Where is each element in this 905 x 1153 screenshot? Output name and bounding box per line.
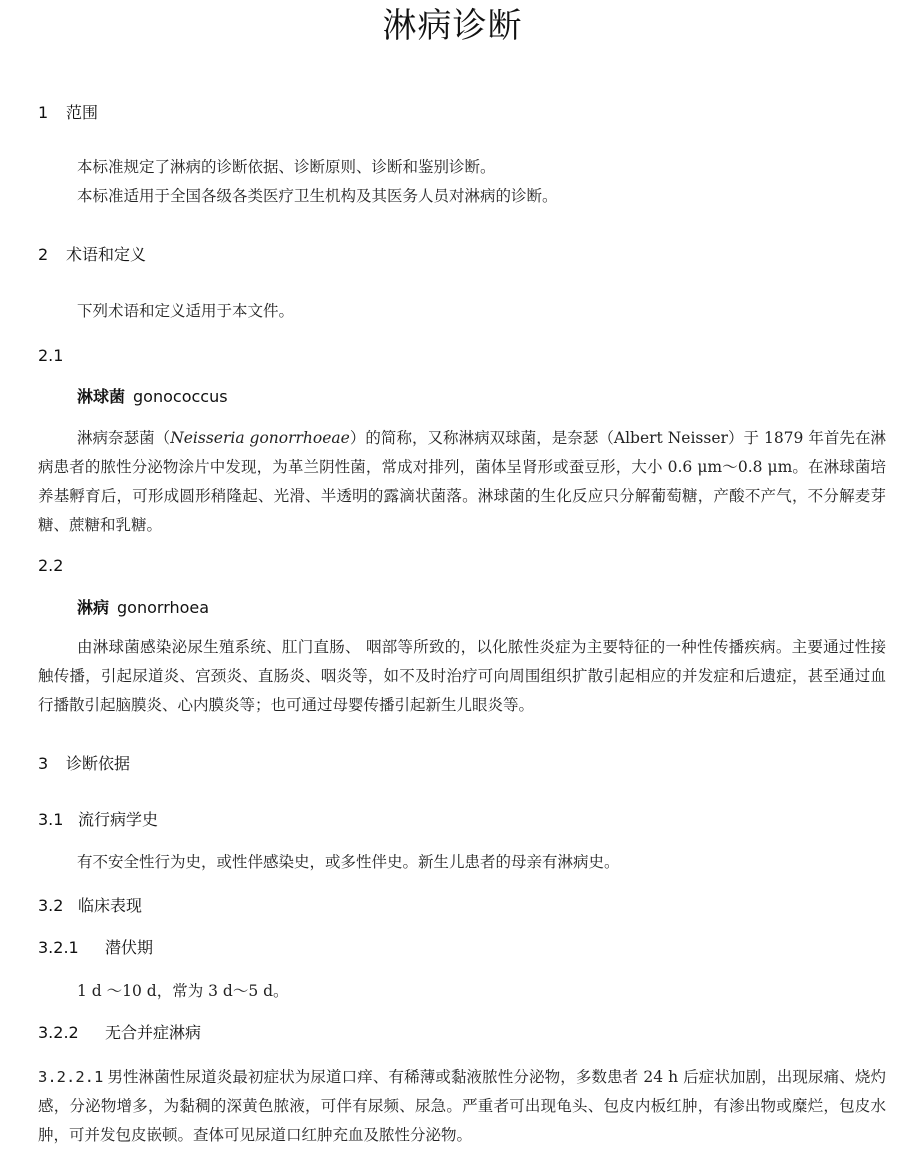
clause-number-2-1: 2.1	[38, 345, 63, 367]
term-english: gonorrhoea	[117, 598, 209, 617]
section-heading-3: 3诊断依据	[38, 753, 130, 775]
latin-name: Neisseria gonorrhoeae	[170, 429, 350, 447]
scope-paragraph-1: 本标准规定了淋病的诊断依据、诊断原则、诊断和鉴别诊断。	[77, 153, 496, 182]
term-chinese: 淋病	[77, 598, 109, 617]
terms-intro: 下列术语和定义适用于本文件。	[77, 297, 294, 326]
section-number: 2	[38, 244, 66, 266]
clause-number-2-2: 2.2	[38, 555, 63, 577]
definition-gonococcus: 淋病奈瑟菌（Neisseria gonorrhoeae）的简称，又称淋病双球菌，…	[38, 424, 886, 540]
term-english: gonococcus	[133, 387, 228, 406]
section-title: 范围	[66, 102, 98, 124]
clause-title: 流行病学史	[78, 809, 158, 831]
clause-number: 3.2.2.1	[38, 1068, 103, 1086]
definition-text: 淋病奈瑟菌（	[77, 429, 170, 447]
incubation-text: 1 d ～10 d，常为 3 d～5 d。	[77, 977, 289, 1006]
clause-title: 临床表现	[78, 895, 142, 917]
section-number: 1	[38, 102, 66, 124]
clause-heading-3-1: 3.1流行病学史	[38, 809, 158, 831]
clause-number: 3.2.1	[38, 937, 105, 959]
clause-number: 3.1	[38, 809, 78, 831]
epidemiology-text: 有不安全性行为史，或性伴感染史，或多性伴史。新生儿患者的母亲有淋病史。	[77, 848, 620, 877]
clause-heading-3-2-1: 3.2.1潜伏期	[38, 937, 153, 959]
section-heading-2: 2术语和定义	[38, 244, 146, 266]
clause-number: 3.2.2	[38, 1022, 105, 1044]
clause-title: 潜伏期	[105, 937, 153, 959]
term-gonococcus: 淋球菌gonococcus	[77, 386, 228, 408]
section-number: 3	[38, 753, 66, 775]
section-title: 诊断依据	[66, 753, 130, 775]
clause-number: 3.2	[38, 895, 78, 917]
clause-3-2-2-1: 3.2.2.1男性淋菌性尿道炎最初症状为尿道口痒、有稀薄或黏液脓性分泌物，多数患…	[38, 1063, 886, 1150]
clause-title: 无合并症淋病	[105, 1022, 201, 1044]
section-title: 术语和定义	[66, 244, 146, 266]
term-gonorrhoea: 淋病gonorrhoea	[77, 597, 209, 619]
section-heading-1: 1范围	[38, 102, 98, 124]
clause-heading-3-2-2: 3.2.2无合并症淋病	[38, 1022, 201, 1044]
clause-text: 男性淋菌性尿道炎最初症状为尿道口痒、有稀薄或黏液脓性分泌物，多数患者 24 h …	[38, 1068, 886, 1144]
document-title: 淋病诊断	[0, 4, 905, 48]
definition-gonorrhoea: 由淋球菌感染泌尿生殖系统、肛门直肠、 咽部等所致的，以化脓性炎症为主要特征的一种…	[38, 633, 886, 720]
scope-paragraph-2: 本标准适用于全国各级各类医疗卫生机构及其医务人员对淋病的诊断。	[77, 182, 558, 211]
term-chinese: 淋球菌	[77, 387, 125, 406]
clause-heading-3-2: 3.2临床表现	[38, 895, 142, 917]
document-page: 淋病诊断 1范围 本标准规定了淋病的诊断依据、诊断原则、诊断和鉴别诊断。 本标准…	[0, 0, 905, 1153]
